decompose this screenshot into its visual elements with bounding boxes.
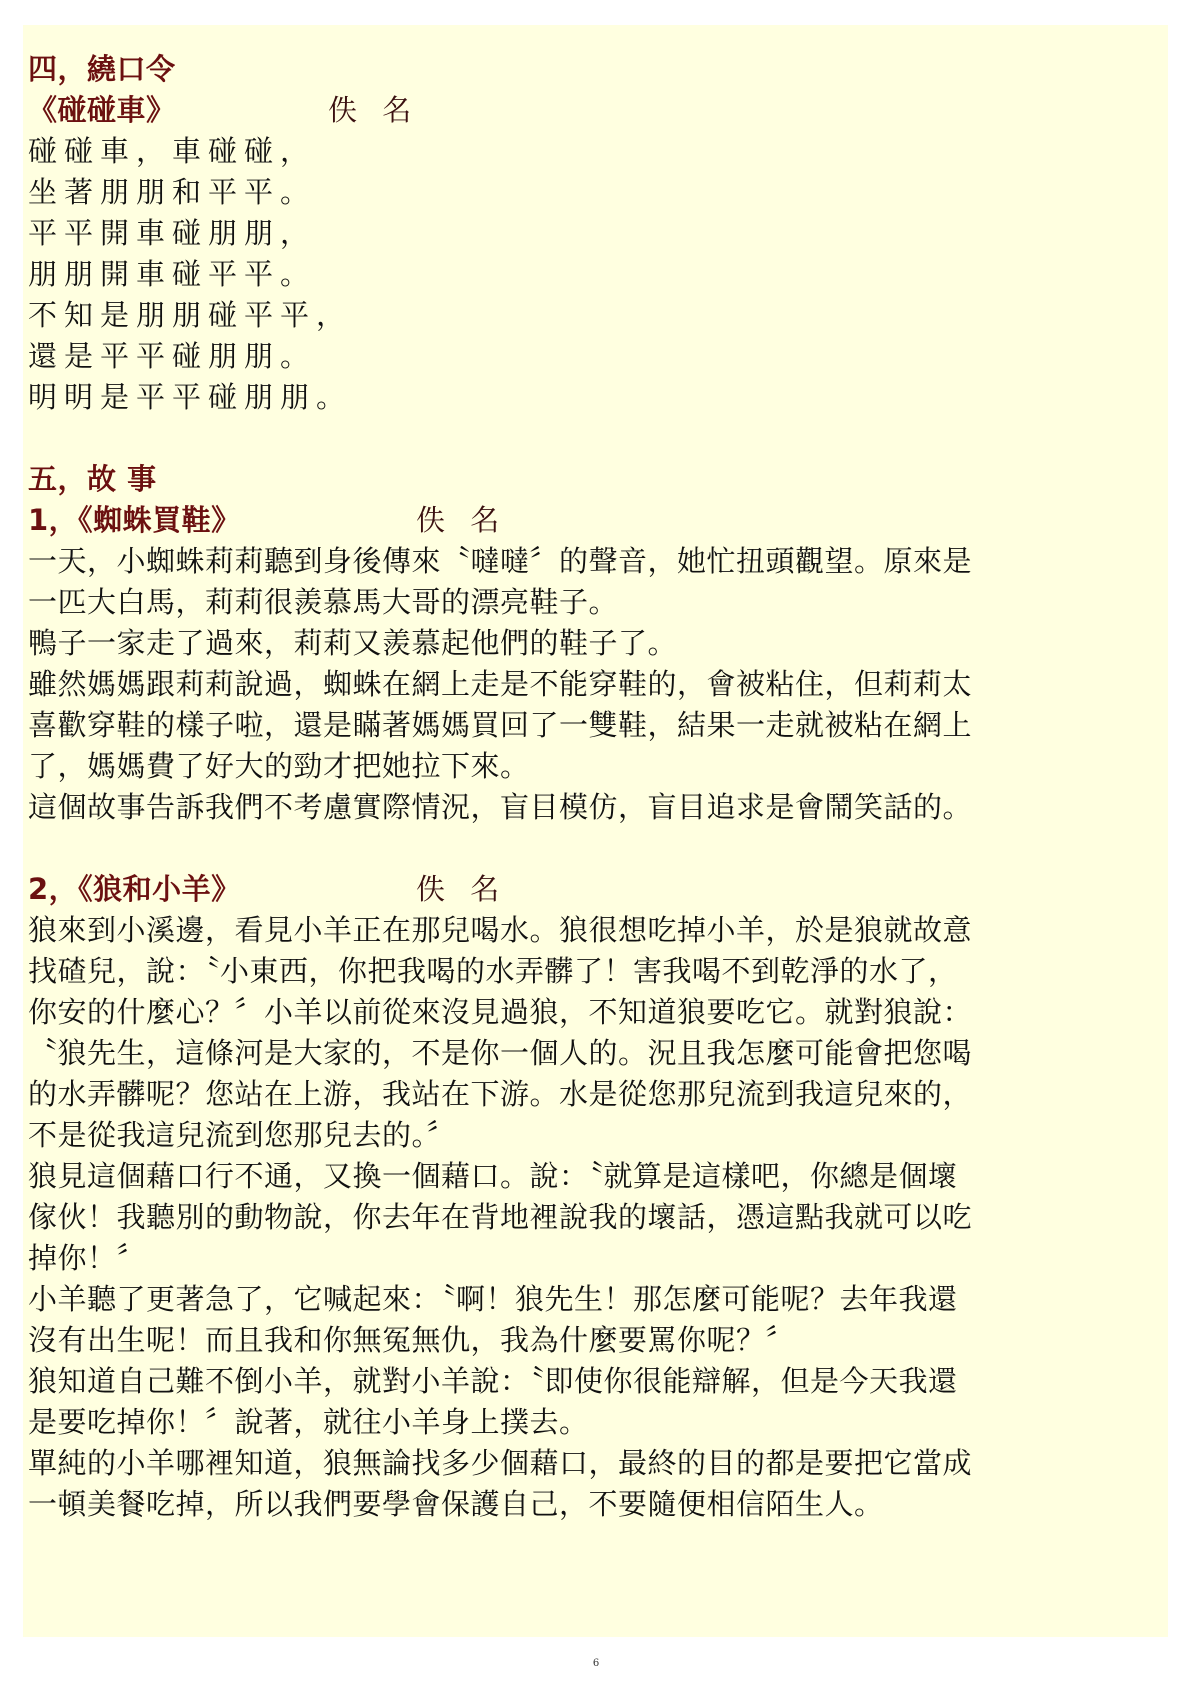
page-number: 6 <box>0 1658 1192 1669</box>
story-body: 一天，小蜘蛛莉莉聽到身後傳來〝噠噠〞的聲音，她忙扭頭觀望。原來是 一匹大白馬，莉… <box>28 541 1168 828</box>
story-line: 的水弄髒呢？您站在上游，我站在下游。水是從您那兒流到我這兒來的， <box>28 1074 1168 1115</box>
story-line: 喜歡穿鞋的樣子啦，還是瞞著媽媽買回了一雙鞋，結果一走就被粘在網上 <box>28 705 1168 746</box>
story-line: 雖然媽媽跟莉莉說過，蜘蛛在網上走是不能穿鞋的，會被粘住，但莉莉太 <box>28 664 1168 705</box>
poem-line: 明明是平平碰朋朋。 <box>28 377 1168 418</box>
story-line: 這個故事告訴我們不考慮實際情況，盲目模仿，盲目追求是會鬧笑話的。 <box>28 787 1168 828</box>
story-line: 狼知道自己難不倒小羊，就對小羊說：〝即使你很能辯解，但是今天我還 <box>28 1361 1168 1402</box>
story-title-row: 1，《蜘蛛買鞋》 佚 名 <box>28 500 1168 541</box>
story-line: 小羊聽了更著急了，它喊起來：〝啊！狼先生！那怎麼可能呢？去年我還 <box>28 1279 1168 1320</box>
story-line: 掉你！〞 <box>28 1238 1168 1279</box>
story-line: 找碴兒，說：〝小東西，你把我喝的水弄髒了！害我喝不到乾淨的水了， <box>28 951 1168 992</box>
story-line: 單純的小羊哪裡知道，狼無論找多少個藉口，最終的目的都是要把它當成 <box>28 1443 1168 1484</box>
story-body: 狼來到小溪邊，看見小羊正在那兒喝水。狼很想吃掉小羊，於是狼就故意 找碴兒，說：〝… <box>28 910 1168 1525</box>
document-content: 四，繞口令 《碰碰車》 佚 名 碰碰車，車碰碰， 坐著朋朋和平平。 平平開車碰朋… <box>28 49 1168 1525</box>
story-title-row: 2，《狼和小羊》 佚 名 <box>28 869 1168 910</box>
story-line: 是要吃掉你！〞說著，就往小羊身上撲去。 <box>28 1402 1168 1443</box>
story-line: 一頓美餐吃掉，所以我們要學會保護自己，不要隨便相信陌生人。 <box>28 1484 1168 1525</box>
poem-title: 《碰碰車》 <box>28 90 328 131</box>
story-line: 一匹大白馬，莉莉很羨慕馬大哥的漂亮鞋子。 <box>28 582 1168 623</box>
poem-line: 坐著朋朋和平平。 <box>28 172 1168 213</box>
poem-author: 佚 名 <box>328 90 419 131</box>
poem-line: 平平開車碰朋朋， <box>28 213 1168 254</box>
section-heading-tongue-twister: 四，繞口令 <box>28 49 1168 90</box>
section-heading-stories: 五，故 事 <box>28 459 1168 500</box>
poem-title-row: 《碰碰車》 佚 名 <box>28 90 1168 131</box>
story-line: 〝狼先生，這條河是大家的，不是你一個人的。況且我怎麼可能會把您喝 <box>28 1033 1168 1074</box>
poem-line: 不知是朋朋碰平平， <box>28 295 1168 336</box>
story-line: 沒有出生呢！而且我和你無冤無仇，我為什麼要罵你呢？〞 <box>28 1320 1168 1361</box>
story-author: 佚 名 <box>416 500 507 541</box>
story-line: 不是從我這兒流到您那兒去的。〞 <box>28 1115 1168 1156</box>
story-line: 你安的什麼心？〞小羊以前從來沒見過狼，不知道狼要吃它。就對狼說： <box>28 992 1168 1033</box>
story-line: 鴨子一家走了過來，莉莉又羨慕起他們的鞋子了。 <box>28 623 1168 664</box>
story-line: 狼來到小溪邊，看見小羊正在那兒喝水。狼很想吃掉小羊，於是狼就故意 <box>28 910 1168 951</box>
poem-body: 碰碰車，車碰碰， 坐著朋朋和平平。 平平開車碰朋朋， 朋朋開車碰平平。 不知是朋… <box>28 131 1168 418</box>
story-title: 1，《蜘蛛買鞋》 <box>28 500 416 541</box>
spacer <box>28 418 1168 459</box>
story-line: 一天，小蜘蛛莉莉聽到身後傳來〝噠噠〞的聲音，她忙扭頭觀望。原來是 <box>28 541 1168 582</box>
story-title: 2，《狼和小羊》 <box>28 869 416 910</box>
story-line: 傢伙！我聽別的動物說，你去年在背地裡說我的壞話，憑這點我就可以吃 <box>28 1197 1168 1238</box>
poem-line: 還是平平碰朋朋。 <box>28 336 1168 377</box>
poem-line: 朋朋開車碰平平。 <box>28 254 1168 295</box>
spacer <box>28 828 1168 869</box>
story-line: 狼見這個藉口行不通，又換一個藉口。說：〝就算是這樣吧，你總是個壞 <box>28 1156 1168 1197</box>
poem-line: 碰碰車，車碰碰， <box>28 131 1168 172</box>
story-author: 佚 名 <box>416 869 507 910</box>
story-line: 了，媽媽費了好大的勁才把她拉下來。 <box>28 746 1168 787</box>
